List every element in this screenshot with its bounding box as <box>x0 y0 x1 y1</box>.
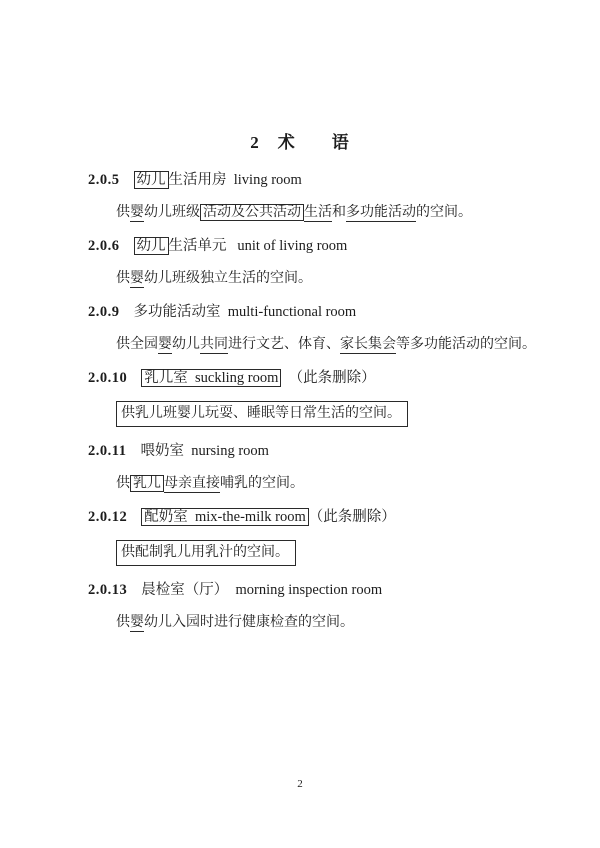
text-run: unit of living room <box>227 238 348 254</box>
term-section: 2.0.9多功能活动室 multi-functional room供全园婴幼儿共… <box>88 303 540 354</box>
text-run: 哺乳的空间。 <box>220 476 304 491</box>
text-run: 等多功能活动的空间。 <box>396 337 536 352</box>
underlined-revision-text: 共同 <box>200 337 228 354</box>
terms-list: 2.0.5幼儿生活用房 living room供婴幼儿班级活动及公共活动生活和多… <box>88 171 540 632</box>
boxed-revision-text: 幼儿 <box>134 171 169 189</box>
text-run: morning inspection room <box>228 582 382 598</box>
deleted-definition-box: 供配制乳儿用乳汁的空间。 <box>116 540 296 566</box>
text-run: 生活单元 <box>169 238 227 254</box>
text-run: 供 <box>116 615 130 630</box>
term-heading: 2.0.6幼儿生活单元 unit of living room <box>88 237 540 256</box>
term-number: 2.0.13 <box>88 582 127 598</box>
underlined-revision-text: 多功能活动 <box>346 205 416 222</box>
term-heading: 2.0.10乳儿室 suckling room （此条删除） <box>88 369 540 388</box>
term-number: 2.0.10 <box>88 370 127 386</box>
term-section: 2.0.6幼儿生活单元 unit of living room供婴幼儿班级独立生… <box>88 237 540 288</box>
text-run: 和 <box>332 205 346 220</box>
term-section: 2.0.13晨检室（厅） morning inspection room供婴幼儿… <box>88 581 540 632</box>
term-heading: 2.0.12配奶室 mix-the-milk room（此条删除） <box>88 508 540 527</box>
text-run: （此条删除） <box>309 509 396 525</box>
text-run: 供 <box>116 205 130 220</box>
term-heading: 2.0.5幼儿生活用房 living room <box>88 171 540 190</box>
text-run: multi-functional room <box>221 304 357 320</box>
term-section: 2.0.12配奶室 mix-the-milk room（此条删除）供配制乳儿用乳… <box>88 508 540 566</box>
term-definition: 供婴幼儿班级活动及公共活动生活和多功能活动的空间。 <box>88 203 540 222</box>
term-number: 2.0.12 <box>88 509 127 525</box>
text-run: nursing room <box>184 443 269 459</box>
deleted-definition-box: 供乳儿班婴儿玩耍、睡眠等日常生活的空间。 <box>116 401 408 427</box>
term-definition: 供婴幼儿入园时进行健康检查的空间。 <box>88 613 540 632</box>
text-run: （此条删除） <box>281 370 375 386</box>
text-run: 幼儿班级 <box>144 205 200 220</box>
text-run: 多功能活动室 <box>134 304 221 320</box>
text-run: 晨检室（厅） <box>141 582 228 598</box>
term-definition: 供全园婴幼儿共同进行文艺、体育、家长集会等多功能活动的空间。 <box>88 335 540 354</box>
text-run: 供 <box>116 271 130 286</box>
text-run: 供配制乳儿用乳汁的空间。 <box>121 545 289 560</box>
underlined-revision-text: 家长集会 <box>340 337 396 354</box>
text-run: living room <box>227 172 302 188</box>
text-run: 供全园 <box>116 337 158 352</box>
term-definition: 供乳儿班婴儿玩耍、睡眠等日常生活的空间。 <box>88 401 540 427</box>
text-run: 生活用房 <box>169 172 227 188</box>
page-number: 2 <box>0 778 600 790</box>
underlined-revision-text: 婴 <box>130 615 144 632</box>
term-number: 2.0.9 <box>88 304 120 320</box>
term-heading: 2.0.9多功能活动室 multi-functional room <box>88 303 540 322</box>
term-number: 2.0.11 <box>88 443 126 459</box>
term-section: 2.0.10乳儿室 suckling room （此条删除）供乳儿班婴儿玩耍、睡… <box>88 369 540 427</box>
underlined-revision-text: 母亲直接 <box>164 476 220 493</box>
term-definition: 供婴幼儿班级独立生活的空间。 <box>88 269 540 288</box>
term-heading: 2.0.13晨检室（厅） morning inspection room <box>88 581 540 600</box>
term-section: 2.0.5幼儿生活用房 living room供婴幼儿班级活动及公共活动生活和多… <box>88 171 540 222</box>
term-definition: 供乳儿母亲直接哺乳的空间。 <box>88 474 540 493</box>
boxed-revision-text: 乳儿 <box>130 475 164 492</box>
underlined-revision-text: 婴 <box>158 337 172 354</box>
document-page: 2 术 语 2.0.5幼儿生活用房 living room供婴幼儿班级活动及公共… <box>0 0 600 848</box>
underlined-revision-text: 婴 <box>130 271 144 288</box>
text-run: 供乳儿班婴儿玩耍、睡眠等日常生活的空间。 <box>121 406 401 421</box>
term-number: 2.0.5 <box>88 172 120 188</box>
text-run: 喂奶室 <box>140 443 184 459</box>
boxed-revision-text: 配奶室 mix-the-milk room <box>141 508 309 526</box>
text-run: 幼儿入园时进行健康检查的空间。 <box>144 615 354 630</box>
boxed-revision-text: 幼儿 <box>134 237 169 255</box>
boxed-revision-text: 乳儿室 suckling room <box>141 369 281 387</box>
underlined-revision-text: 婴 <box>130 205 144 222</box>
boxed-revision-text: 活动及公共活动 <box>200 204 304 221</box>
term-section: 2.0.11喂奶室 nursing room供乳儿母亲直接哺乳的空间。 <box>88 442 540 493</box>
text-run: 的空间。 <box>416 205 472 220</box>
term-definition: 供配制乳儿用乳汁的空间。 <box>88 540 540 566</box>
text-run: 幼儿班级独立生活的空间。 <box>144 271 312 286</box>
term-heading: 2.0.11喂奶室 nursing room <box>88 442 540 461</box>
underlined-revision-text: 生活 <box>304 205 332 222</box>
term-number: 2.0.6 <box>88 238 120 254</box>
chapter-title: 2 术 语 <box>0 128 600 153</box>
text-run: 供 <box>116 476 130 491</box>
text-run: 幼儿 <box>172 337 200 352</box>
text-run: 进行文艺、体育、 <box>228 337 340 352</box>
